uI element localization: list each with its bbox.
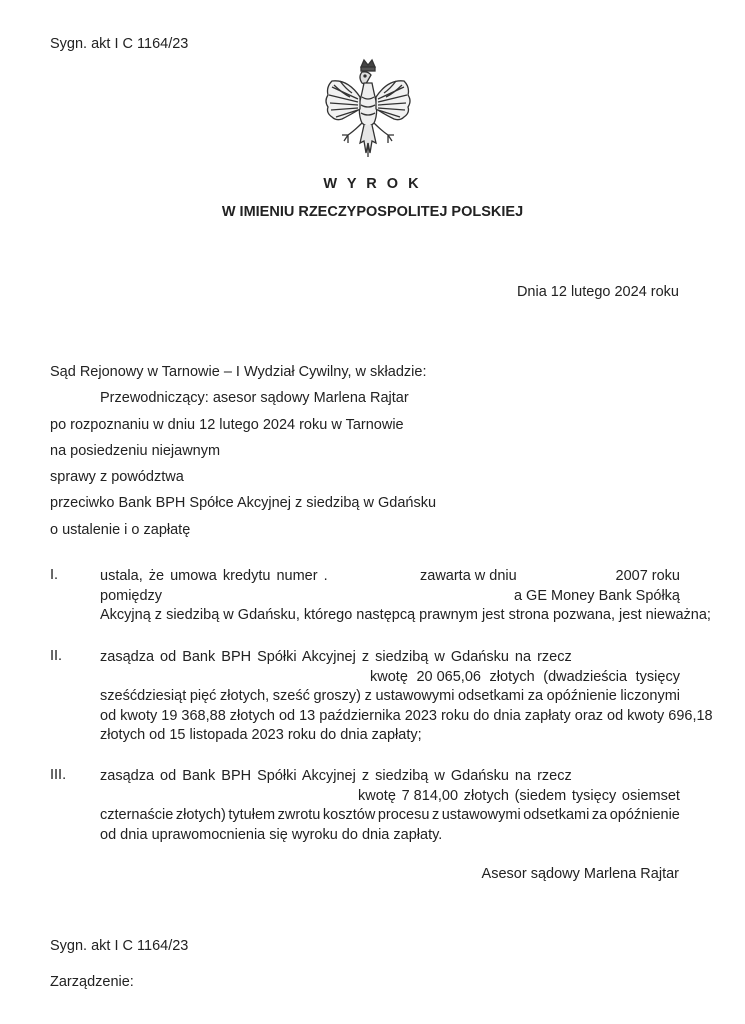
polish-eagle-emblem-icon [318,57,418,165]
ruling-line: sześćdziesiąt pięć złotych, sześć groszy… [100,687,680,707]
ruling-line: od dnia uprawomocnienia się wyroku do dn… [100,826,680,846]
case-number: Sygn. akt I C 1164/23 [50,36,188,52]
ruling-line: czternaście złotych) tytułem zwrotu kosz… [100,806,680,826]
intro-line-court: Sąd Rejonowy w Tarnowie – I Wydział Cywi… [50,362,436,388]
court-composition: Sąd Rejonowy w Tarnowie – I Wydział Cywi… [50,362,436,546]
ruling-line: od kwoty 19 368,88 złotych od 13 paździe… [100,707,680,727]
judge-signature: Asesor sądowy Marlena Rajtar [482,866,679,882]
order-heading: Zarządzenie: [50,974,134,990]
ruling-number: I. [50,567,58,583]
intro-line-presiding: Przewodniczący: asesor sądowy Marlena Ra… [50,388,436,414]
ruling-line: złotych od 15 listopada 2023 roku do dni… [100,726,680,746]
intro-line-hearing: po rozpoznaniu w dniu 12 lutego 2024 rok… [50,415,436,441]
verdict-subtitle: W IMIENIU RZECZYPOSPOLITEJ POLSKIEJ [0,204,745,220]
footer-case-number: Sygn. akt I C 1164/23 [50,938,188,954]
verdict-date: Dnia 12 lutego 2024 roku [517,284,679,300]
ruling-line: kwotę 7 814,00 złotych (siedem tysięcy o… [100,787,680,807]
intro-line-claim: sprawy z powództwa [50,467,436,493]
intro-line-subject: o ustalenie i o zapłatę [50,520,436,546]
ruling-line: zasądza od Bank BPH Spółki Akcyjnej z si… [100,648,680,668]
ruling-line: kwotę 20 065,06 złotych (dwadzieścia tys… [100,668,680,688]
ruling-line: zasądza od Bank BPH Spółki Akcyjnej z si… [100,767,680,787]
ruling-number: II. [50,648,62,664]
ruling-line: Akcyjną z siedzibą w Gdańsku, którego na… [100,606,680,626]
intro-line-defendant: przeciwko Bank BPH Spółce Akcyjnej z sie… [50,493,436,519]
ruling-number: III. [50,767,66,783]
verdict-title: W Y R O K [0,176,745,192]
intro-line-session: na posiedzeniu niejawnym [50,441,436,467]
ruling-line: ustala, że umowa kredytu numer . zawarta… [100,567,680,587]
ruling-line: pomiędzy a GE Money Bank Spółką [100,587,680,607]
